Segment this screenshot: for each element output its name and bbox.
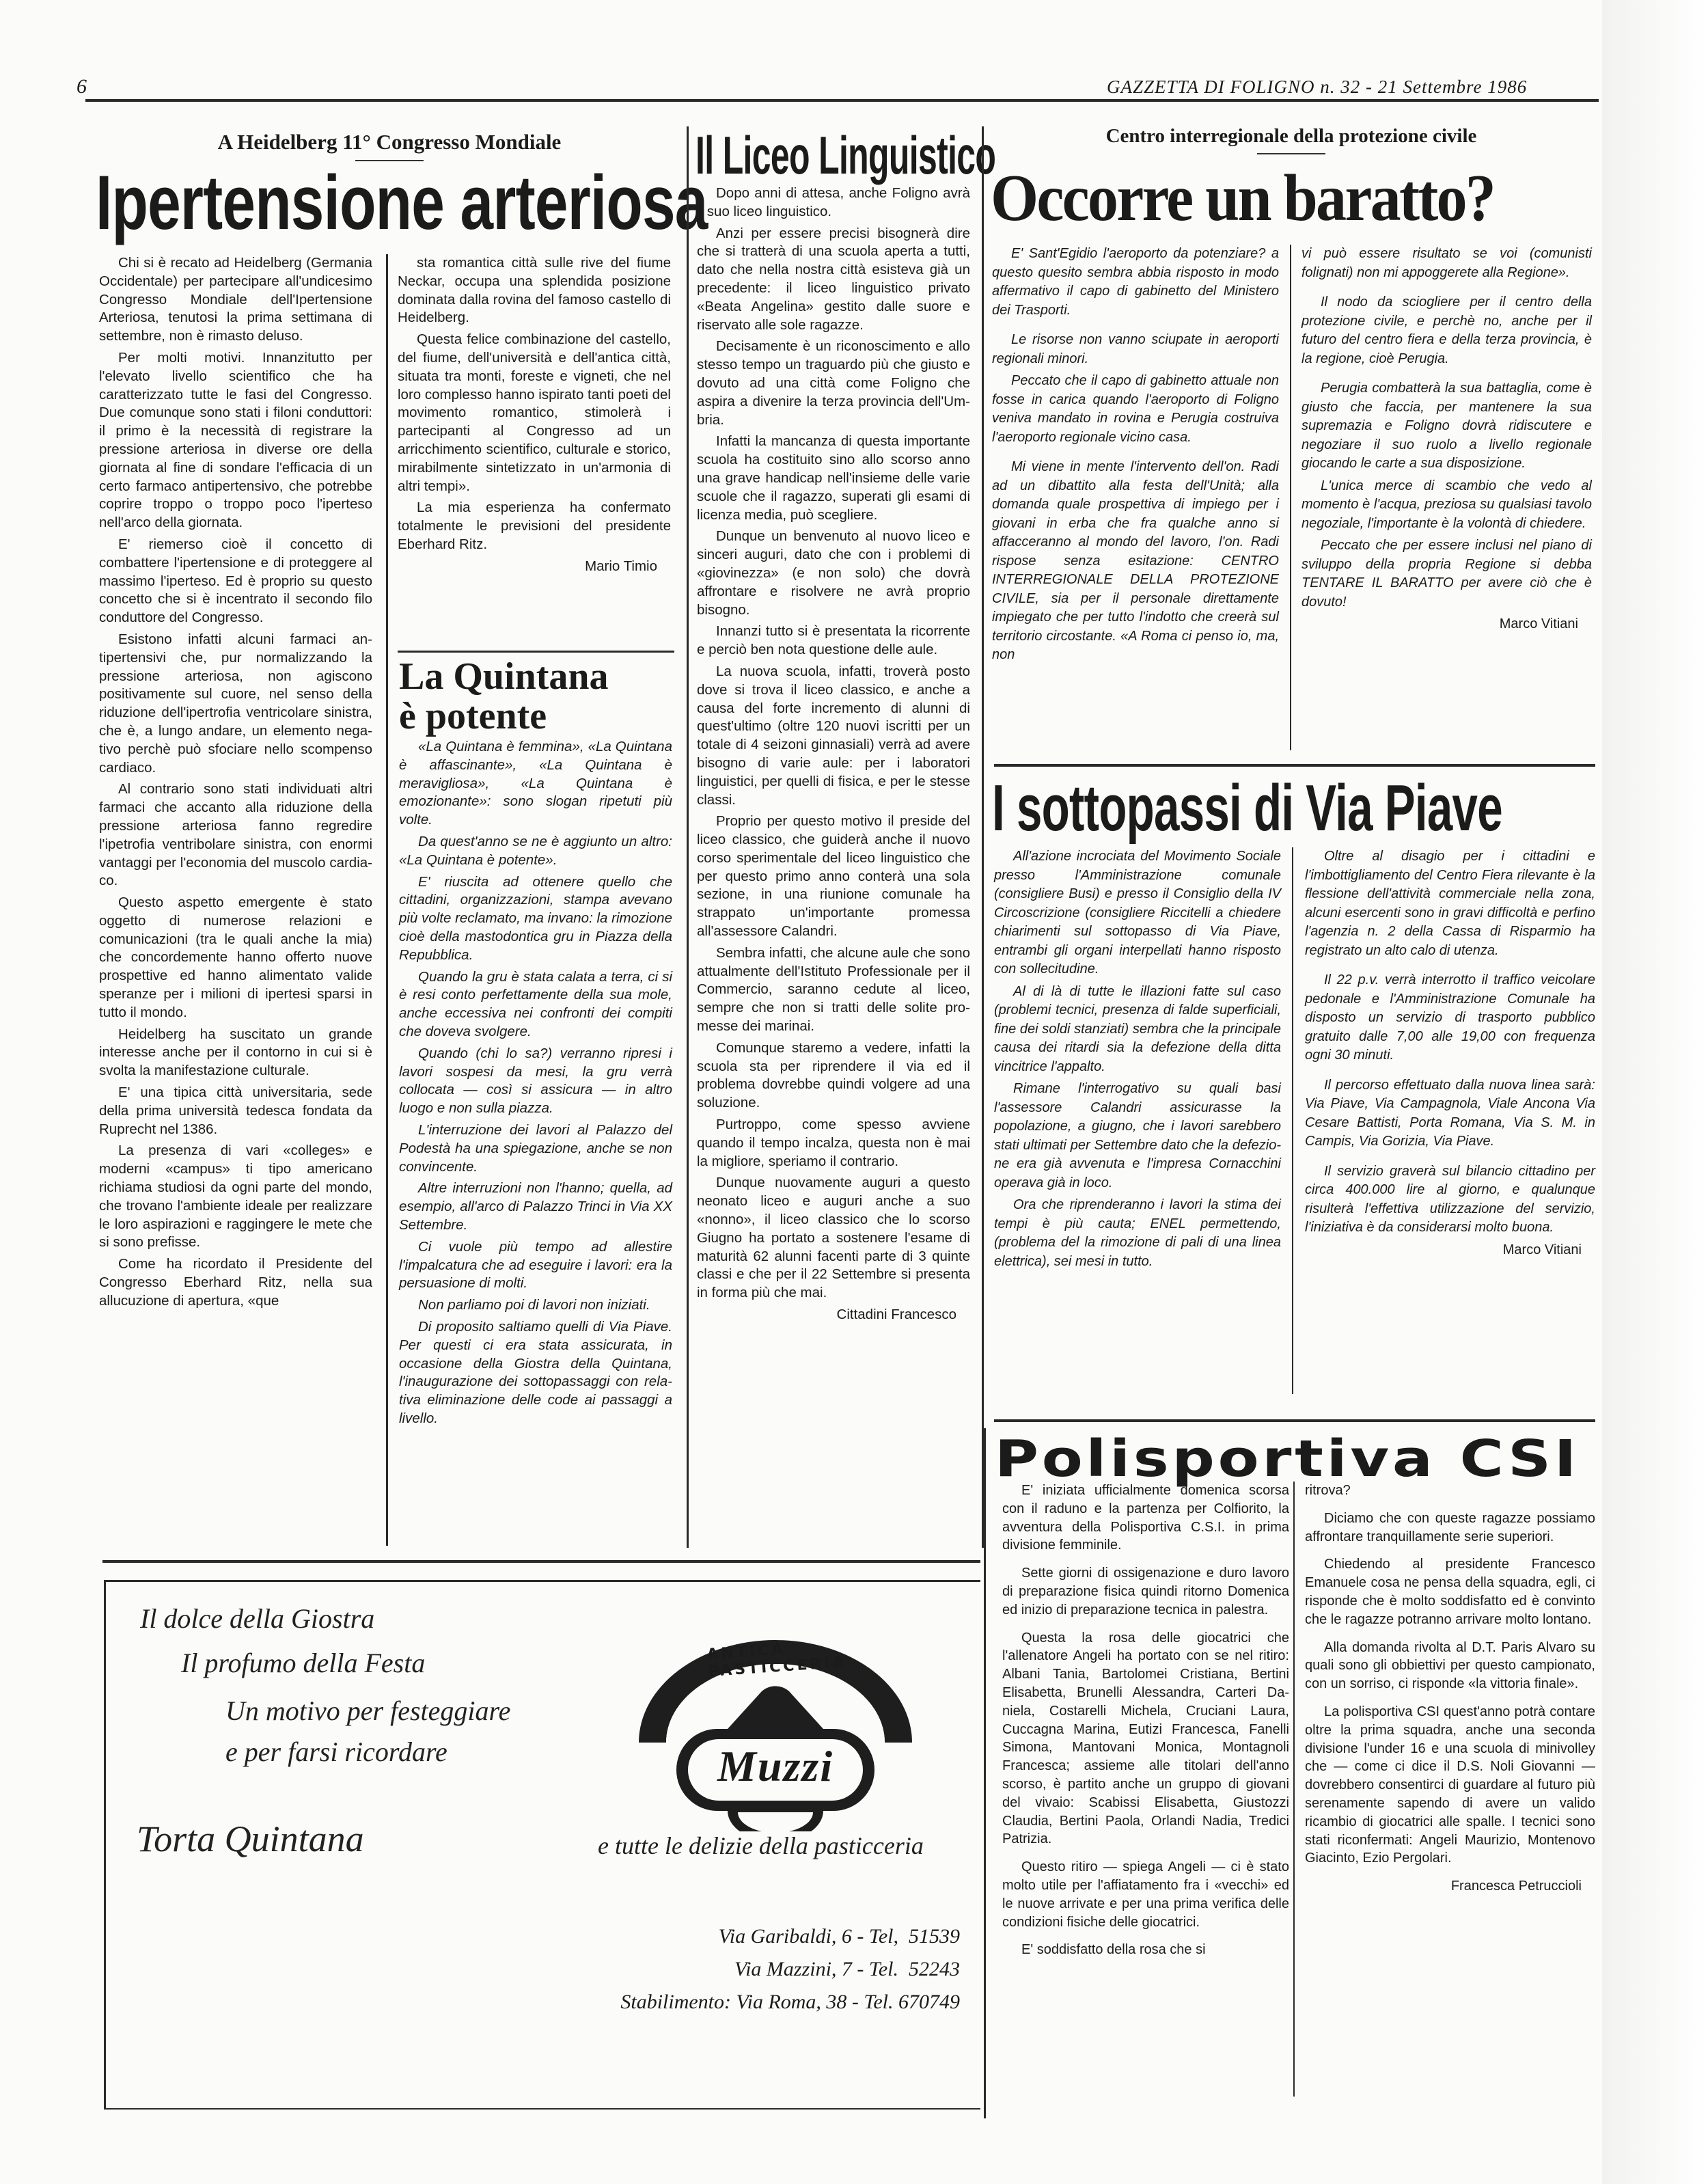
paragraph: La presenza di vari «colleges» e moderni… <box>99 1142 372 1252</box>
ad-product-name: Torta Quintana <box>137 1818 364 1860</box>
paragraph: Questa la rosa delle giocatrici che l'al… <box>1002 1629 1289 1849</box>
column-divider <box>982 126 984 1548</box>
paragraph: Il percorso effettuato dalla nuo­va line… <box>1305 1076 1595 1151</box>
paragraph: Mi viene in mente l'intervento dell'on. … <box>992 458 1279 665</box>
baratto-headline: Occorre un baratto? <box>991 164 1494 232</box>
liceo-column: Dopo anni di attesa, anche Foli­gno avrà… <box>697 185 970 1324</box>
paragraph: Le risorse non vanno sciupate in aeropor… <box>992 331 1279 368</box>
paragraph: Peccato che il capo di gabinetto attuale… <box>992 372 1279 447</box>
paragraph: Il nodo da sciogliere per il cen­tro del… <box>1301 293 1592 368</box>
paragraph: Alla domanda rivolta al D.T. Pa­ris Alva… <box>1305 1639 1595 1693</box>
paragraph: Quando (chi lo sa?) verranno ri­presi i … <box>399 1045 672 1118</box>
section-rule <box>398 651 674 653</box>
ad-line-1: Il dolce della Giostra <box>140 1602 374 1635</box>
paragraph: Innanzi tutto si è presentata la ricorre… <box>697 623 970 659</box>
paragraph: Rimane l'interrogativo su quali basi l'a… <box>994 1080 1281 1192</box>
paragraph: Dunque un benvenuto al nuovo liceo e sin… <box>697 528 970 619</box>
quintana-column: «La Quintana è femmina», «La Quintana è … <box>399 738 672 1432</box>
paragraph: E' soddisfatto della rosa che si <box>1002 1941 1289 1959</box>
paragraph: Oltre al disagio per i cittadini e l'imb… <box>1305 847 1595 960</box>
paragraph: Sette giorni di ossigenazione e duro lav… <box>1002 1564 1289 1619</box>
paragraph: Purtroppo, come spesso avviene quando il… <box>697 1116 970 1171</box>
paragraph: ritrova? <box>1305 1482 1595 1500</box>
phone: 52243 <box>909 1958 960 1980</box>
sottopassi-column-1: All'azione incrociata del Movi­mento Soc… <box>994 847 1281 1274</box>
section-rule <box>994 1419 1595 1422</box>
paragraph: E' una tipica città universitaria, sede … <box>99 1084 372 1138</box>
ad-line-2: Il profumo della Festa <box>181 1647 425 1679</box>
ad-line-3: Un motivo per festeggiare <box>225 1695 510 1727</box>
paragraph: Da quest'anno se ne è aggiunto un altro:… <box>399 833 672 870</box>
muzzi-logo: ANTICA PASTICCERIA Muzzi <box>625 1626 926 1831</box>
column-divider <box>687 126 689 1548</box>
polisportiva-column-2: ritrova? Diciamo che con queste ragazze … <box>1305 1482 1595 1896</box>
paragraph: Il servizio graverà sul bilancio cittadi… <box>1305 1162 1595 1238</box>
paragraph: Diciamo che con queste ragazze possiamo … <box>1305 1510 1595 1546</box>
liceo-headline: Il Liceo Linguistico <box>695 124 995 187</box>
sottopassi-column-2: Oltre al disagio per i cittadini e l'imb… <box>1305 847 1595 1259</box>
paragraph: La polisportiva CSI quest'anno potrà con… <box>1305 1703 1595 1868</box>
ad-address-row: Stabilimento: Via Roma, 38 - Tel. 670749 <box>620 1986 960 2019</box>
quintana-headline-1: La Quintana <box>399 657 609 696</box>
paragraph: Dunque nuovamente auguri a que­sto neona… <box>697 1174 970 1302</box>
baratto-author: Marco Vitiani <box>1301 615 1578 634</box>
paragraph: E' iniziata ufficialmente domeni­ca scor… <box>1002 1482 1289 1555</box>
paragraph: Per molti motivi. Innanzitutto per l'ele… <box>99 349 372 532</box>
paragraph: La mia esperienza ha conferma­to totalme… <box>398 499 671 554</box>
paragraph: Decisamente è un riconoscimen­to e allo … <box>697 338 970 429</box>
polisportiva-headline: Polisportiva CSI <box>995 1430 1580 1488</box>
column-divider <box>1293 1482 1295 2097</box>
ipertensione-column-2: sta romantica città sulle rive del fiume… <box>398 254 671 576</box>
ad-address-row: Via Mazzini, 7 - Tel. 52243 <box>620 1953 960 1986</box>
column-divider <box>1292 847 1293 1394</box>
paragraph: Non parliamo poi di lavori non iniziati. <box>399 1296 672 1315</box>
paragraph: Heidelberg ha suscitato un gran­de inter… <box>99 1026 372 1080</box>
ad-tagline: e tutte le delizie della pasticceria <box>598 1831 924 1860</box>
paragraph: Questo ritiro — spiega Angeli — ci è sta… <box>1002 1858 1289 1931</box>
paragraph: E' riemerso cioè il concetto di combatte… <box>99 536 372 627</box>
paragraph: Proprio per questo motivo il pre­side de… <box>697 813 970 941</box>
paragraph: E' Sant'Egidio l'aeroporto da po­tenziar… <box>992 245 1279 320</box>
ipertensione-column-1: Chi si è recato ad Heidelberg (Germania … <box>99 254 372 1314</box>
ad-addresses: Via Garibaldi, 6 - Tel, 51539 Via Mazzin… <box>620 1920 960 2019</box>
ipertensione-author: Mario Timio <box>398 558 657 576</box>
baratto-kicker-block: Centro interregionale della protezione c… <box>991 125 1592 154</box>
logo-brand: Muzzi <box>717 1741 834 1792</box>
ipertensione-kicker: A Heidelberg 11° Congresso Mondiale <box>96 130 683 154</box>
paragraph: Esistono infatti alcuni farmaci an­tiper… <box>99 631 372 777</box>
section-rule <box>102 1560 980 1563</box>
baratto-column-1: E' Sant'Egidio l'aeroporto da po­tenziar… <box>992 245 1279 668</box>
column-divider <box>386 254 388 1546</box>
ipertensione-kicker-block: A Heidelberg 11° Congresso Mondiale <box>96 130 683 161</box>
paragraph: Sembra infatti, che alcune aule che sono… <box>697 944 970 1036</box>
header-rule <box>85 99 1599 102</box>
page-number: 6 <box>77 75 87 98</box>
paragraph: Di proposito saltiamo quelli di Via Piav… <box>399 1318 672 1428</box>
pasticceria-advertisement: Il dolce della Giostra Il profumo della … <box>104 1580 980 2110</box>
kicker-underline <box>1257 153 1325 154</box>
paragraph: Dopo anni di attesa, anche Foli­gno avrà… <box>697 185 970 221</box>
baratto-column-2: vi può essere risultato se voi (co­munis… <box>1301 245 1592 634</box>
page-margin <box>1602 0 1708 2184</box>
paragraph: «La Quintana è femmina», «La Quintana è … <box>399 738 672 830</box>
paragraph: E' riuscita ad ottenere quello che citta… <box>399 873 672 965</box>
phone: 51539 <box>909 1925 960 1948</box>
paragraph: Questa felice combinazione del castello,… <box>398 331 671 495</box>
masthead: GAZZETTA DI FOLIGNO n. 32 - 21 Settembre… <box>1107 77 1527 98</box>
paragraph: All'azione incrociata del Movi­mento Soc… <box>994 847 1281 979</box>
baratto-kicker: Centro interregionale della protezione c… <box>991 125 1592 148</box>
paragraph: Al di là di tutte le illazioni fatte sul… <box>994 983 1281 1077</box>
paragraph: vi può essere risultato se voi (co­munis… <box>1301 245 1592 282</box>
paragraph: Comunque staremo a vedere, in­fatti la s… <box>697 1039 970 1113</box>
liceo-author: Cittadini Francesco <box>697 1306 956 1324</box>
paragraph: L'unica merce di scambio che vedo al mom… <box>1301 477 1592 534</box>
address: Via Garibaldi, 6 - Tel, <box>719 1925 898 1948</box>
paragraph: La nuova scuola, infatti, troverà posto … <box>697 663 970 809</box>
quintana-headline-2: è potente <box>399 697 547 735</box>
paragraph: sta romantica città sulle rive del fiume… <box>398 254 671 327</box>
address: Stabilimento: Via Roma, 38 - Tel. <box>620 1991 893 2013</box>
paragraph: Quando la gru è stata calata a terra, ci… <box>399 968 672 1041</box>
paragraph: Ora che riprenderanno i lavori la stima … <box>994 1196 1281 1271</box>
section-rule <box>994 764 1595 767</box>
column-divider <box>984 1428 986 2118</box>
paragraph: Chiedendo al presidente Fran­cesco Emanu… <box>1305 1555 1595 1628</box>
paragraph: Perugia combatterà la sua batta­glia, co… <box>1301 379 1592 474</box>
paragraph: L'interruzione dei lavori al Pa­lazzo de… <box>399 1121 672 1176</box>
column-divider <box>1290 245 1291 750</box>
ad-address-row: Via Garibaldi, 6 - Tel, 51539 <box>620 1920 960 1953</box>
ipertensione-headline: Ipertensione arteriosa <box>96 159 708 247</box>
paragraph: Al contrario sono stati individua­ti alt… <box>99 780 372 890</box>
paragraph: Questo aspetto emergente è sta­to oggett… <box>99 894 372 1022</box>
polisportiva-column-1: E' iniziata ufficialmente domeni­ca scor… <box>1002 1482 1289 1963</box>
paragraph: Il 22 p.v. verrà interrotto il traf­fico… <box>1305 971 1595 1065</box>
paragraph: Chi si è recato ad Heidelberg (Germania … <box>99 254 372 346</box>
paragraph: Peccato che per essere inclusi nel piano… <box>1301 536 1592 612</box>
address: Via Mazzini, 7 - Tel. <box>734 1958 898 1980</box>
paragraph: Come ha ricordato il Presidente del Cong… <box>99 1255 372 1310</box>
polisportiva-author: Francesca Petruccioli <box>1305 1877 1582 1896</box>
ad-line-4: e per farsi ricordare <box>225 1736 447 1768</box>
paragraph: Altre interruzioni non l'hanno; quella, … <box>399 1179 672 1234</box>
phone: 670749 <box>898 1991 960 2013</box>
sottopassi-author: Marco Vitiani <box>1305 1241 1582 1260</box>
paragraph: Ci vuole più tempo ad allestire l'impalc… <box>399 1238 672 1293</box>
paragraph: Anzi per essere precisi bisogne­rà dire … <box>697 225 970 335</box>
sottopassi-headline: I sottopassi di Via Piave <box>992 771 1502 846</box>
paragraph: Infatti la mancanza di questa im­portant… <box>697 433 970 524</box>
